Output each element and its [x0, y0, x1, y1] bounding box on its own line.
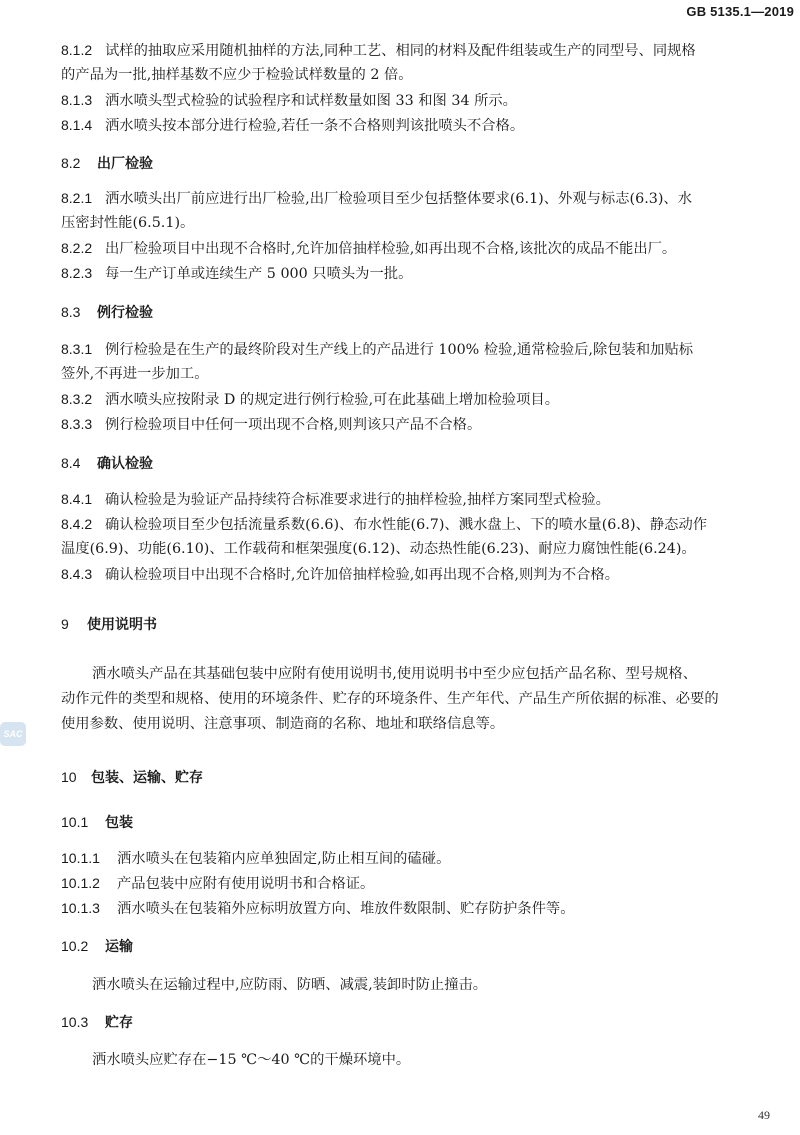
sac-watermark-logo: SAC: [0, 722, 26, 746]
clause-text: 洒水喷头按本部分进行检验,若任一条不合格则判该批喷头不合格。: [105, 118, 524, 134]
clause-number: 8.1.4: [61, 113, 105, 138]
clause-8-2-1-cont: 压密封性能(6.5.1)。: [61, 211, 796, 236]
paragraph-10-3: 洒水喷头应贮存在−15 ℃～40 ℃的干燥环境中。: [92, 1048, 796, 1073]
clause-10-1-3: 10.1.3洒水喷头在包装箱外应标明放置方向、堆放件数限制、贮存防护条件等。: [61, 896, 796, 922]
clause-number: 8.2.1: [61, 186, 105, 211]
heading-number: 10: [61, 767, 91, 787]
heading-10-2: 10.2运输: [61, 936, 133, 956]
clause-text: 确认检验项目中出现不合格时,允许加倍抽样检验,如再出现不合格,则判为不合格。: [105, 567, 619, 583]
paragraph-9-line1: 洒水喷头产品在其基础包装中应附有使用说明书,使用说明书中至少应包括产品名称、型号…: [92, 662, 796, 687]
heading-title: 运输: [105, 938, 133, 954]
heading-10: 10包装、运输、贮存: [61, 767, 203, 787]
clause-8-4-2-cont: 温度(6.9)、功能(6.10)、工作载荷和框架强度(6.12)、动态热性能(6…: [61, 537, 796, 562]
clause-8-4-3: 8.4.3确认检验项目中出现不合格时,允许加倍抽样检验,如再出现不合格,则判为不…: [61, 562, 796, 588]
clause-8-2-2: 8.2.2出厂检验项目中出现不合格时,允许加倍抽样检验,如再出现不合格,该批次的…: [61, 236, 796, 262]
clause-8-2-3: 8.2.3每一生产订单或连续生产 5 000 只喷头为一批。: [61, 261, 796, 287]
clause-8-1-2-cont: 的产品为一批,抽样基数不应少于检验试样数量的 2 倍。: [61, 63, 796, 88]
heading-number: 9: [61, 614, 87, 634]
clause-number: 8.3.3: [61, 412, 105, 437]
heading-8-2: 8.2出厂检验: [61, 153, 153, 173]
clause-number: 10.1.2: [61, 871, 117, 896]
clause-8-1-2: 8.1.2试样的抽取应采用随机抽样的方法,同种工艺、相同的材料及配件组装或生产的…: [61, 38, 796, 64]
page-number: 49: [758, 1108, 770, 1123]
clause-8-4-2: 8.4.2确认检验项目至少包括流量系数(6.6)、布水性能(6.7)、溅水盘上、…: [61, 512, 796, 538]
clause-text: 例行检验是在生产的最终阶段对生产线上的产品进行 100% 检验,通常检验后,除包…: [105, 342, 693, 358]
heading-title: 使用说明书: [87, 616, 157, 632]
clause-number: 8.2.3: [61, 261, 105, 286]
clause-text: 洒水喷头出厂前应进行出厂检验,出厂检验项目至少包括整体要求(6.1)、外观与标志…: [105, 191, 692, 207]
heading-number: 10.1: [61, 812, 105, 832]
heading-number: 8.4: [61, 453, 97, 473]
clause-8-3-1: 8.3.1例行检验是在生产的最终阶段对生产线上的产品进行 100% 检验,通常检…: [61, 337, 796, 363]
clause-8-3-3: 8.3.3例行检验项目中任何一项出现不合格,则判该只产品不合格。: [61, 412, 796, 438]
heading-title: 确认检验: [97, 455, 153, 471]
clause-number: 8.3.2: [61, 387, 105, 412]
clause-text: 洒水喷头在包装箱外应标明放置方向、堆放件数限制、贮存防护条件等。: [117, 901, 575, 917]
heading-8-3: 8.3例行检验: [61, 302, 153, 322]
heading-10-3: 10.3贮存: [61, 1012, 133, 1032]
heading-title: 包装、运输、贮存: [91, 769, 203, 785]
clause-8-3-1-cont: 签外,不再进一步加工。: [61, 362, 796, 387]
standard-code: GB 5135.1—2019: [686, 4, 794, 19]
clause-8-4-1: 8.4.1确认检验是为验证产品持续符合标准要求进行的抽样检验,抽样方案同型式检验…: [61, 487, 796, 513]
heading-8-4: 8.4确认检验: [61, 453, 153, 473]
heading-title: 出厂检验: [97, 155, 153, 171]
clause-10-1-2: 10.1.2产品包装中应附有使用说明书和合格证。: [61, 871, 796, 897]
clause-text: 每一生产订单或连续生产 5 000 只喷头为一批。: [105, 266, 412, 282]
clause-8-2-1: 8.2.1洒水喷头出厂前应进行出厂检验,出厂检验项目至少包括整体要求(6.1)、…: [61, 186, 796, 212]
clause-text: 试样的抽取应采用随机抽样的方法,同种工艺、相同的材料及配件组装或生产的同型号、同…: [105, 43, 696, 59]
heading-9: 9使用说明书: [61, 614, 157, 634]
heading-number: 8.2: [61, 153, 97, 173]
heading-title: 贮存: [105, 1014, 133, 1030]
clause-number: 10.1.3: [61, 896, 117, 921]
clause-text: 洒水喷头应按附录 D 的规定进行例行检验,可在此基础上增加检验项目。: [105, 392, 559, 408]
clause-10-1-1: 10.1.1洒水喷头在包装箱内应单独固定,防止相互间的磕碰。: [61, 846, 796, 872]
heading-title: 包装: [105, 814, 133, 830]
clause-number: 8.1.2: [61, 38, 105, 63]
clause-8-1-4: 8.1.4洒水喷头按本部分进行检验,若任一条不合格则判该批喷头不合格。: [61, 113, 796, 139]
clause-text: 洒水喷头型式检验的试验程序和试样数量如图 33 和图 34 所示。: [105, 93, 517, 109]
clause-text: 产品包装中应附有使用说明书和合格证。: [117, 876, 374, 892]
clause-number: 10.1.1: [61, 846, 117, 871]
clause-number: 8.2.2: [61, 236, 105, 261]
heading-title: 例行检验: [97, 304, 153, 320]
heading-number: 8.3: [61, 302, 97, 322]
clause-number: 8.4.1: [61, 487, 105, 512]
clause-8-1-3: 8.1.3洒水喷头型式检验的试验程序和试样数量如图 33 和图 34 所示。: [61, 88, 796, 114]
heading-10-1: 10.1包装: [61, 812, 133, 832]
heading-number: 10.2: [61, 936, 105, 956]
paragraph-10-2: 洒水喷头在运输过程中,应防雨、防晒、减震,装卸时防止撞击。: [92, 973, 796, 998]
clause-text: 例行检验项目中任何一项出现不合格,则判该只产品不合格。: [105, 417, 481, 433]
clause-number: 8.4.3: [61, 562, 105, 587]
clause-text: 出厂检验项目中出现不合格时,允许加倍抽样检验,如再出现不合格,该批次的成品不能出…: [105, 241, 676, 257]
clause-number: 8.3.1: [61, 337, 105, 362]
clause-text: 确认检验项目至少包括流量系数(6.6)、布水性能(6.7)、溅水盘上、下的喷水量…: [105, 517, 707, 533]
clause-text: 洒水喷头在包装箱内应单独固定,防止相互间的磕碰。: [117, 851, 450, 867]
clause-number: 8.4.2: [61, 512, 105, 537]
clause-number: 8.1.3: [61, 88, 105, 113]
paragraph-9-line3: 使用参数、使用说明、注意事项、制造商的名称、地址和联络信息等。: [61, 712, 796, 737]
paragraph-9-line2: 动作元件的类型和规格、使用的环境条件、贮存的环境条件、生产年代、产品生产所依据的…: [61, 687, 796, 712]
clause-8-3-2: 8.3.2洒水喷头应按附录 D 的规定进行例行检验,可在此基础上增加检验项目。: [61, 387, 796, 413]
heading-number: 10.3: [61, 1012, 105, 1032]
clause-text: 确认检验是为验证产品持续符合标准要求进行的抽样检验,抽样方案同型式检验。: [105, 492, 610, 508]
